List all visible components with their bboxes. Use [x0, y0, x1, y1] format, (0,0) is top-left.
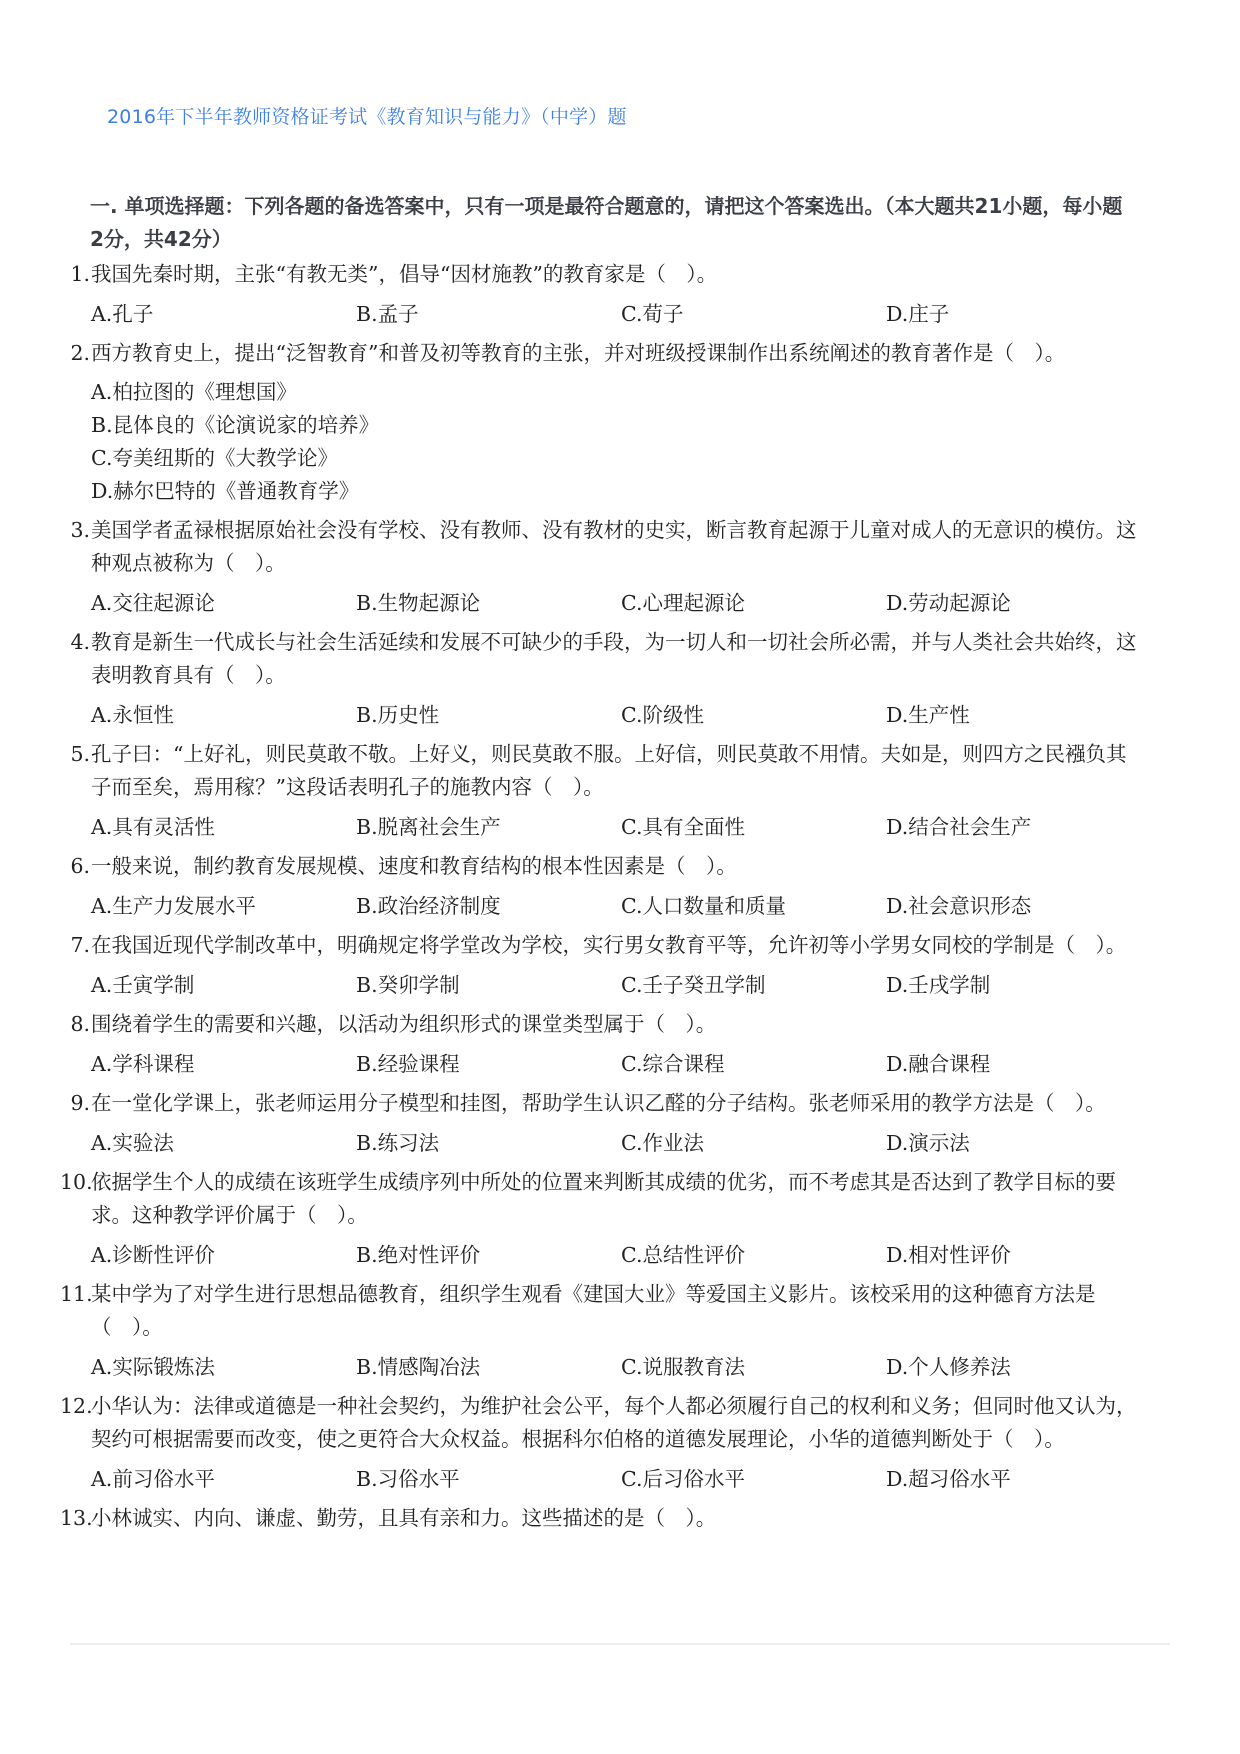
- question-stem: 我国先秦时期，主张“有教无类”，倡导“因材施教”的教育家是（ ）。: [90, 258, 1140, 291]
- option-c: C.综合课程: [621, 1048, 886, 1081]
- question-number: 4.: [60, 626, 90, 692]
- question-stem: 依据学生个人的成绩在该班学生成绩序列中所处的位置来判断其成绩的优劣，而不考虑其是…: [90, 1166, 1140, 1232]
- options: A.孔子 B.孟子 C.荀子 D.庄子: [91, 291, 1140, 337]
- question-stem: 某中学为了对学生进行思想品德教育，组织学生观看《建国大业》等爱国主义影片。该校采…: [90, 1278, 1140, 1344]
- option-c: C.夸美纽斯的《大教学论》: [91, 442, 621, 475]
- option-b: B.经验课程: [356, 1048, 621, 1081]
- option-c: C.作业法: [621, 1127, 886, 1160]
- question-5: 5.孔子曰：“上好礼，则民莫敢不敬。上好义，则民莫敢不服。上好信，则民莫敢不用情…: [60, 738, 1140, 850]
- option-c: C.壬子癸丑学制: [621, 969, 886, 1002]
- question-list: 1.我国先秦时期，主张“有教无类”，倡导“因材施教”的教育家是（ ）。 A.孔子…: [60, 258, 1140, 1535]
- question-number: 3.: [60, 514, 90, 580]
- section-heading: 一. 单项选择题：下列各题的备选答案中，只有一项是最符合题意的，请把这个答案选出…: [90, 190, 1130, 256]
- option-b: B.情感陶冶法: [356, 1351, 621, 1384]
- question-stem: 教育是新生一代成长与社会生活延续和发展不可缺少的手段，为一切人和一切社会所必需，…: [90, 626, 1140, 692]
- option-a: A.实验法: [91, 1127, 356, 1160]
- question-number: 5.: [60, 738, 90, 804]
- option-b: B.脱离社会生产: [356, 811, 621, 844]
- question-13: 13.小林诚实、内向、谦虚、勤劳，且具有亲和力。这些描述的是（ ）。: [60, 1502, 1140, 1535]
- question-stem: 一般来说，制约教育发展规模、速度和教育结构的根本性因素是（ ）。: [90, 850, 1140, 883]
- option-d: D.赫尔巴特的《普通教育学》: [91, 475, 621, 508]
- question-number: 10.: [60, 1166, 90, 1232]
- option-d: D.社会意识形态: [886, 890, 1151, 923]
- question-10: 10.依据学生个人的成绩在该班学生成绩序列中所处的位置来判断其成绩的优劣，而不考…: [60, 1166, 1140, 1278]
- option-a: A.诊断性评价: [91, 1239, 356, 1272]
- question-1: 1.我国先秦时期，主张“有教无类”，倡导“因材施教”的教育家是（ ）。 A.孔子…: [60, 258, 1140, 337]
- option-a: A.学科课程: [91, 1048, 356, 1081]
- option-d: D.壬戌学制: [886, 969, 1151, 1002]
- question-number: 9.: [60, 1087, 90, 1120]
- question-stem: 小林诚实、内向、谦虚、勤劳，且具有亲和力。这些描述的是（ ）。: [90, 1502, 1140, 1535]
- question-3: 3.美国学者孟禄根据原始社会没有学校、没有教师、没有教材的史实，断言教育起源于儿…: [60, 514, 1140, 626]
- option-d: D.结合社会生产: [886, 811, 1151, 844]
- option-a: A.具有灵活性: [91, 811, 356, 844]
- option-c: C.总结性评价: [621, 1239, 886, 1272]
- question-number: 1.: [60, 258, 90, 291]
- question-8: 8.围绕着学生的需要和兴趣，以活动为组织形式的课堂类型属于（ ）。 A.学科课程…: [60, 1008, 1140, 1087]
- option-a: A.孔子: [91, 298, 356, 331]
- options: A.实际锻炼法 B.情感陶冶法 C.说服教育法 D.个人修养法: [91, 1344, 1140, 1390]
- question-number: 11.: [60, 1278, 90, 1344]
- question-number: 12.: [60, 1390, 90, 1456]
- option-d: D.超习俗水平: [886, 1463, 1151, 1496]
- question-2: 2.西方教育史上，提出“泛智教育”和普及初等教育的主张，并对班级授课制作出系统阐…: [60, 337, 1140, 514]
- question-number: 13.: [60, 1502, 90, 1535]
- option-b: B.生物起源论: [356, 587, 621, 620]
- option-d: D.相对性评价: [886, 1239, 1151, 1272]
- options: A.前习俗水平 B.习俗水平 C.后习俗水平 D.超习俗水平: [91, 1456, 1140, 1502]
- option-d: D.融合课程: [886, 1048, 1151, 1081]
- question-stem: 孔子曰：“上好礼，则民莫敢不敬。上好义，则民莫敢不服。上好信，则民莫敢不用情。夫…: [90, 738, 1140, 804]
- option-c: C.心理起源论: [621, 587, 886, 620]
- option-b: B.孟子: [356, 298, 621, 331]
- question-number: 8.: [60, 1008, 90, 1041]
- options: A.交往起源论 B.生物起源论 C.心理起源论 D.劳动起源论: [91, 580, 1140, 626]
- question-7: 7.在我国近现代学制改革中，明确规定将学堂改为学校，实行男女教育平等，允许初等小…: [60, 929, 1140, 1008]
- options: A.诊断性评价 B.绝对性评价 C.总结性评价 D.相对性评价: [91, 1232, 1140, 1278]
- option-c: C.说服教育法: [621, 1351, 886, 1384]
- question-stem: 在一堂化学课上，张老师运用分子模型和挂图，帮助学生认识乙醛的分子结构。张老师采用…: [90, 1087, 1140, 1120]
- option-d: D.演示法: [886, 1127, 1151, 1160]
- option-b: B.练习法: [356, 1127, 621, 1160]
- options: A.永恒性 B.历史性 C.阶级性 D.生产性: [91, 692, 1140, 738]
- option-a: A.永恒性: [91, 699, 356, 732]
- option-a: A.实际锻炼法: [91, 1351, 356, 1384]
- question-number: 2.: [60, 337, 90, 370]
- option-b: B.政治经济制度: [356, 890, 621, 923]
- option-b: B.癸卯学制: [356, 969, 621, 1002]
- question-stem: 美国学者孟禄根据原始社会没有学校、没有教师、没有教材的史实，断言教育起源于儿童对…: [90, 514, 1140, 580]
- question-number: 6.: [60, 850, 90, 883]
- option-a: A.柏拉图的《理想国》: [91, 376, 621, 409]
- option-c: C.人口数量和质量: [621, 890, 886, 923]
- option-a: A.壬寅学制: [91, 969, 356, 1002]
- document-title: 2016年下半年教师资格证考试《教育知识与能力》（中学）题: [107, 102, 627, 129]
- option-d: D.劳动起源论: [886, 587, 1151, 620]
- option-c: C.荀子: [621, 298, 886, 331]
- question-stem: 在我国近现代学制改革中，明确规定将学堂改为学校，实行男女教育平等，允许初等小学男…: [90, 929, 1140, 962]
- option-d: D.个人修养法: [886, 1351, 1151, 1384]
- question-number: 7.: [60, 929, 90, 962]
- options: A.具有灵活性 B.脱离社会生产 C.具有全面性 D.结合社会生产: [91, 804, 1140, 850]
- options: A.壬寅学制 B.癸卯学制 C.壬子癸丑学制 D.壬戌学制: [91, 962, 1140, 1008]
- option-a: A.前习俗水平: [91, 1463, 356, 1496]
- option-d: D.生产性: [886, 699, 1151, 732]
- option-b: B.习俗水平: [356, 1463, 621, 1496]
- page-divider: [70, 1643, 1170, 1645]
- option-c: C.后习俗水平: [621, 1463, 886, 1496]
- option-a: A.交往起源论: [91, 587, 356, 620]
- option-c: C.具有全面性: [621, 811, 886, 844]
- option-b: B.绝对性评价: [356, 1239, 621, 1272]
- question-11: 11.某中学为了对学生进行思想品德教育，组织学生观看《建国大业》等爱国主义影片。…: [60, 1278, 1140, 1390]
- options: A.柏拉图的《理想国》 B.昆体良的《论演说家的培养》 C.夸美纽斯的《大教学论…: [91, 370, 1140, 514]
- options: A.生产力发展水平 B.政治经济制度 C.人口数量和质量 D.社会意识形态: [91, 883, 1140, 929]
- question-stem: 小华认为：法律或道德是一种社会契约，为维护社会公平，每个人都必须履行自己的权利和…: [90, 1390, 1140, 1456]
- question-stem: 西方教育史上，提出“泛智教育”和普及初等教育的主张，并对班级授课制作出系统阐述的…: [90, 337, 1140, 370]
- question-stem: 围绕着学生的需要和兴趣，以活动为组织形式的课堂类型属于（ ）。: [90, 1008, 1140, 1041]
- option-b: B.历史性: [356, 699, 621, 732]
- options: A.学科课程 B.经验课程 C.综合课程 D.融合课程: [91, 1041, 1140, 1087]
- options: A.实验法 B.练习法 C.作业法 D.演示法: [91, 1120, 1140, 1166]
- question-6: 6.一般来说，制约教育发展规模、速度和教育结构的根本性因素是（ ）。 A.生产力…: [60, 850, 1140, 929]
- option-c: C.阶级性: [621, 699, 886, 732]
- option-a: A.生产力发展水平: [91, 890, 356, 923]
- question-9: 9.在一堂化学课上，张老师运用分子模型和挂图，帮助学生认识乙醛的分子结构。张老师…: [60, 1087, 1140, 1166]
- question-4: 4.教育是新生一代成长与社会生活延续和发展不可缺少的手段，为一切人和一切社会所必…: [60, 626, 1140, 738]
- option-b: B.昆体良的《论演说家的培养》: [91, 409, 621, 442]
- question-12: 12.小华认为：法律或道德是一种社会契约，为维护社会公平，每个人都必须履行自己的…: [60, 1390, 1140, 1502]
- option-d: D.庄子: [886, 298, 1151, 331]
